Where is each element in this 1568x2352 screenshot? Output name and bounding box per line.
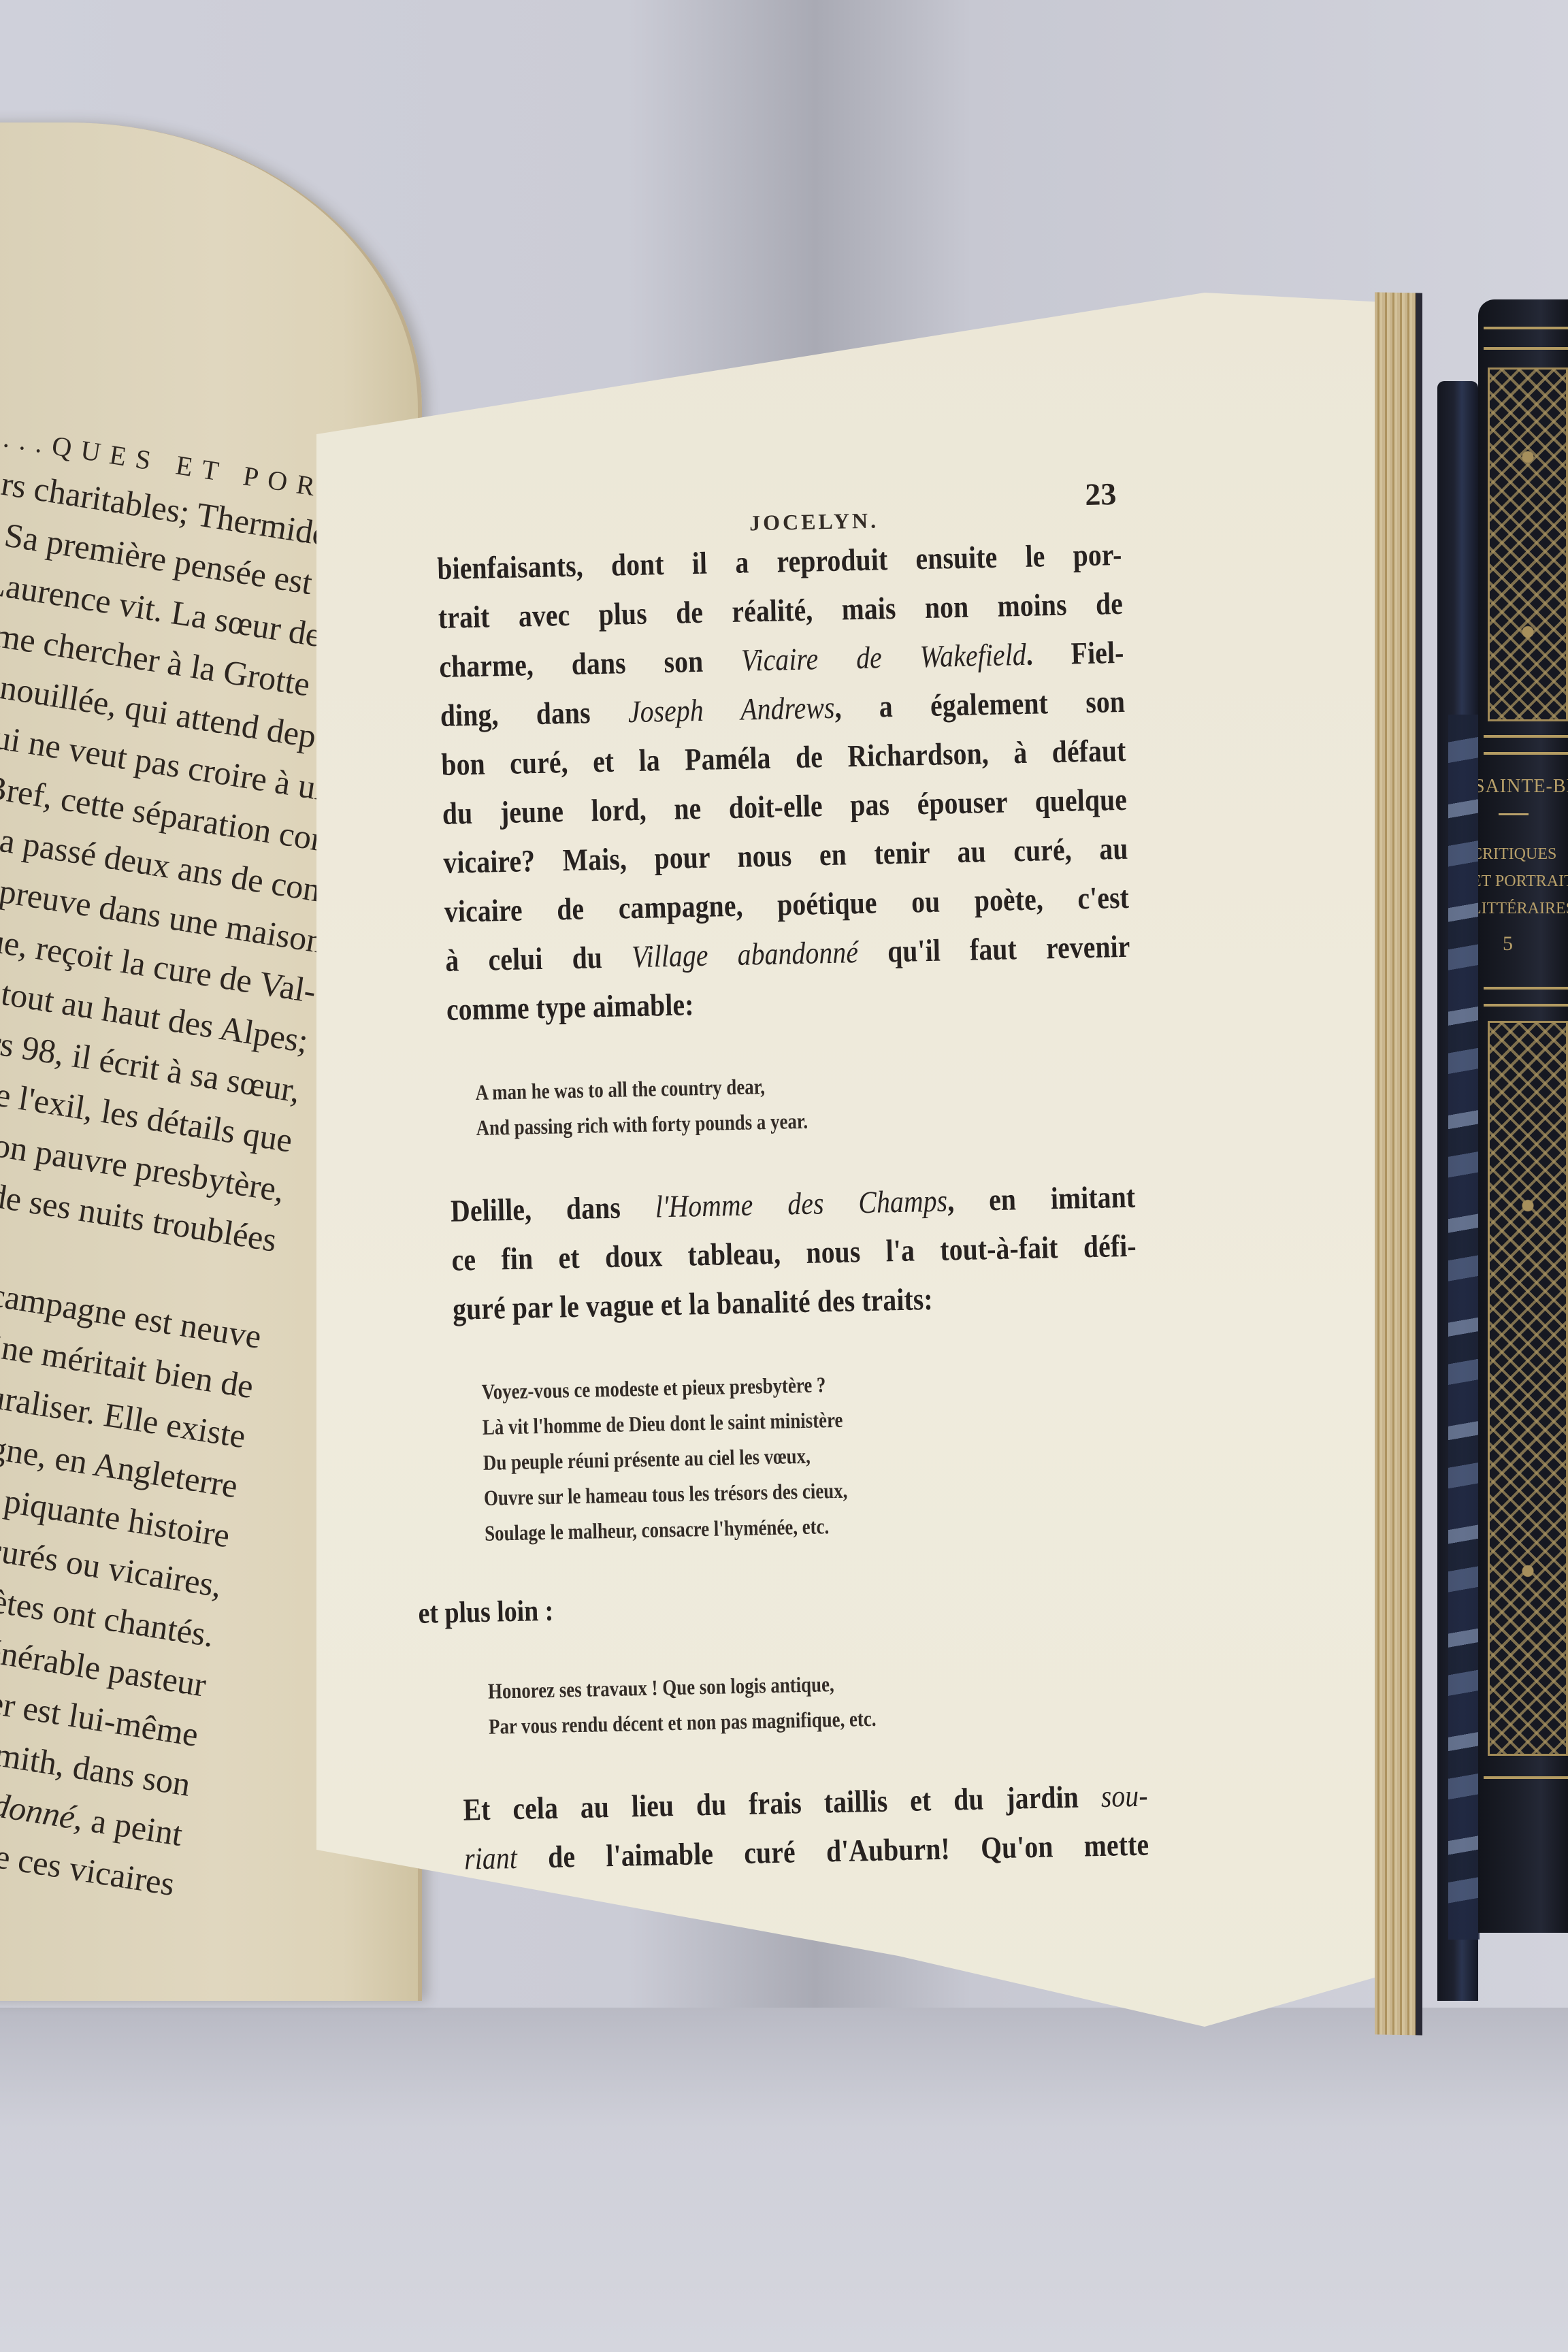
spine-title-line: ET PORTRAITS xyxy=(1478,871,1568,892)
gilt-ornament-icon xyxy=(1488,1021,1568,1756)
gilt-ornament-icon xyxy=(1488,367,1568,721)
right-page-text: JOCELYN. 23 bienfaisants, dont il a repr… xyxy=(436,476,1152,1884)
italic-title: l'Homme des Champs xyxy=(655,1183,947,1224)
italic-title: Joseph Andrews xyxy=(627,690,835,729)
spine-title-line: CRITIQUES xyxy=(1478,844,1568,864)
spine-volume-number: 5 xyxy=(1503,932,1568,955)
italic-title: Village abandonné xyxy=(632,934,859,974)
verse-quote-goldsmith: A man he was to all the country dear, An… xyxy=(475,1061,1137,1145)
table-surface xyxy=(0,2008,1568,2352)
book-spine: SAINTE-BEUVE CRITIQUES ET PORTRAITS LITT… xyxy=(1478,299,1568,1933)
spine-title-line: LITTÉRAIRES xyxy=(1478,898,1568,919)
verse-quote-delille-1: Voyez-vous ce modeste et pieux presbytèr… xyxy=(481,1360,1145,1551)
gilt-band xyxy=(1484,1004,1568,1007)
spine-author: SAINTE-BEUVE xyxy=(1478,776,1568,798)
running-head: JOCELYN. xyxy=(749,508,879,536)
left-paragraph-2: de campagne est neuve martine méritait b… xyxy=(0,1244,265,1909)
italic-word: riant xyxy=(464,1840,518,1876)
gilt-band xyxy=(1484,1776,1568,1779)
page-number: 23 xyxy=(1085,476,1117,512)
verse-quote-delille-2: Honorez ses travaux ! Que son logis anti… xyxy=(487,1659,1149,1744)
italic-word: sou- xyxy=(1100,1778,1148,1814)
paragraph-3: Et cela au lieu du frais taillis et du j… xyxy=(463,1771,1152,1883)
gilt-band xyxy=(1484,347,1568,350)
transition-text: et plus loin : xyxy=(418,1580,1045,1634)
marbled-board xyxy=(1448,715,1480,1940)
spine-rule xyxy=(1499,813,1529,815)
gilt-band xyxy=(1484,987,1568,990)
paragraph-2: Delille, dans l'Homme des Champs, en imi… xyxy=(450,1173,1140,1334)
gilt-band xyxy=(1484,327,1568,329)
paragraph-1: bienfaisants, dont il a reproduit ensuit… xyxy=(437,530,1134,1034)
gilt-band xyxy=(1484,752,1568,755)
italic-title: Vicaire de Wakefield xyxy=(741,637,1027,678)
page-fore-edge xyxy=(1375,292,1422,2035)
gilt-band xyxy=(1484,735,1568,738)
